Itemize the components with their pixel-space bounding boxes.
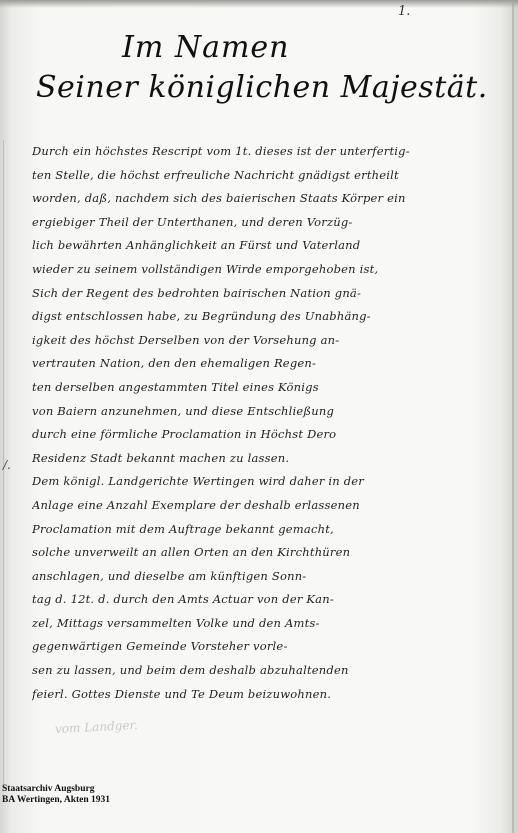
body-line: sen zu lassen, und beim dem deshalb abzu… <box>32 659 502 683</box>
body-line: Durch ein höchstes Rescript vom 1t. dies… <box>32 140 502 164</box>
bleedthrough-text: vom Landger. <box>55 718 138 736</box>
body-line: zel, Mittags versammelten Volke und den … <box>32 612 502 636</box>
body-line: digst entschlossen habe, zu Begründung d… <box>32 305 502 329</box>
heading-line-1: Im Namen <box>122 30 518 65</box>
body-line: ten Stelle, die höchst erfreuliche Nachr… <box>32 164 502 188</box>
body-line: tag d. 12t. d. durch den Amts Actuar von… <box>32 588 502 612</box>
archive-stamp: Staatsarchiv Augsburg BA Wertingen, Akte… <box>2 784 110 806</box>
margin-mark: /. <box>3 458 11 472</box>
archive-stamp-line-2: BA Wertingen, Akten 1931 <box>2 795 110 806</box>
body-line: lich bewährten Anhänglichkeit an Fürst u… <box>32 234 502 258</box>
body-line: feierl. Gottes Dienste und Te Deum beizu… <box>32 683 502 707</box>
body-line: solche unverweilt an allen Orten an den … <box>32 541 502 565</box>
heading-line-2: Seiner königlichen Majestät. <box>36 70 518 105</box>
archive-stamp-line-1: Staatsarchiv Augsburg <box>2 784 110 795</box>
body-line: vertrauten Nation, den den ehemaligen Re… <box>32 352 502 376</box>
body-line: von Baiern anzunehmen, und diese Entschl… <box>32 400 502 424</box>
body-line: ergiebiger Theil der Unterthanen, und de… <box>32 211 502 235</box>
body-line: durch eine förmliche Proclamation in Höc… <box>32 423 502 447</box>
folio-number: 1. <box>398 4 410 19</box>
body-line: ten derselben angestammten Titel eines K… <box>32 376 502 400</box>
body-line: wieder zu seinem vollständigen Wirde emp… <box>32 258 502 282</box>
page-top-shadow <box>0 0 518 8</box>
body-line: worden, daß, nachdem sich des baierische… <box>32 187 502 211</box>
body-line: Anlage eine Anzahl Exemplare der deshalb… <box>32 494 502 518</box>
body-line: Proclamation mit dem Auftrage bekannt ge… <box>32 518 502 542</box>
body-line: Sich der Regent des bedrohten bairischen… <box>32 282 502 306</box>
body-line: Dem königl. Landgerichte Wertingen wird … <box>32 470 502 494</box>
body-line: gegenwärtigen Gemeinde Vorsteher vorle- <box>32 635 502 659</box>
body-line: Residenz Stadt bekannt machen zu lassen. <box>32 447 502 471</box>
handwritten-body: Durch ein höchstes Rescript vom 1t. dies… <box>32 140 502 706</box>
body-line: anschlagen, und dieselbe am künftigen So… <box>32 565 502 589</box>
manuscript-page: 1. Im Namen Seiner königlichen Majestät.… <box>0 0 518 833</box>
body-line: igkeit des höchst Derselben von der Vors… <box>32 329 502 353</box>
page-right-edge <box>512 0 514 833</box>
